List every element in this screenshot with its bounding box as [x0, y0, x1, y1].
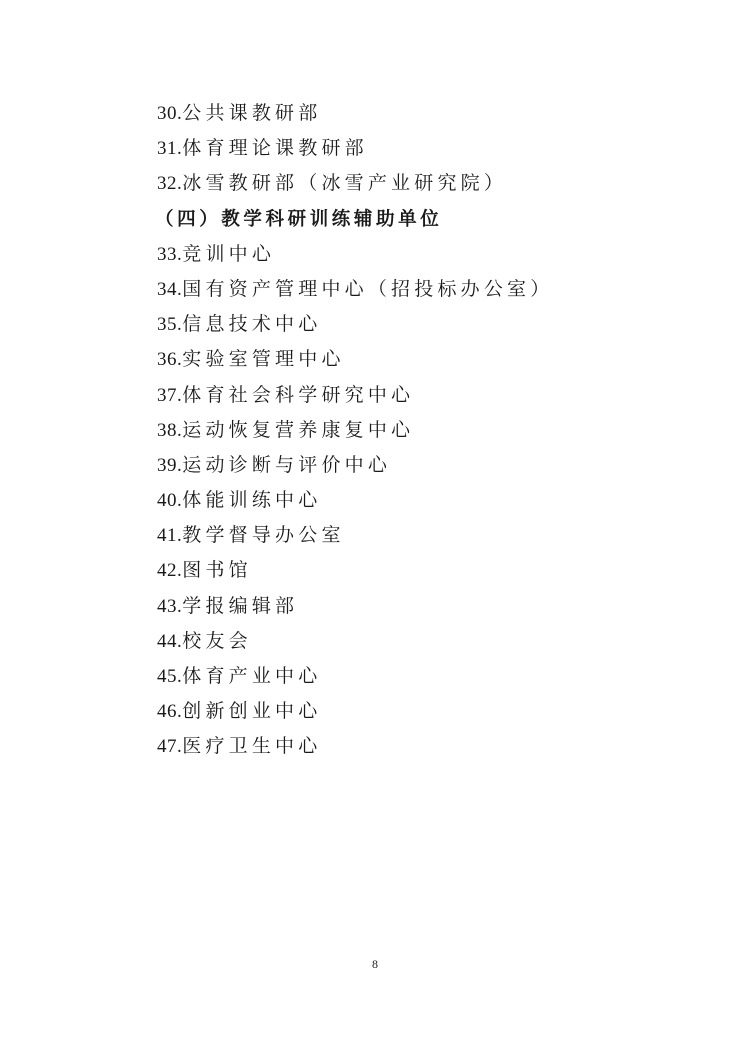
list-item: 35.信息技术中心	[157, 307, 553, 342]
item-number: 34.	[157, 279, 182, 300]
item-text: 实验室管理中心	[182, 348, 344, 370]
list-item: 34.国有资产管理中心（招投标办公室）	[157, 272, 553, 307]
list-item: 47.医疗卫生中心	[157, 729, 553, 764]
list-item: 33.竞训中心	[157, 237, 553, 272]
list-item: 32.冰雪教研部（冰雪产业研究院）	[157, 166, 553, 201]
item-number: 37.	[157, 385, 182, 406]
item-number: 39.	[157, 455, 182, 476]
item-text: 国有资产管理中心（招投标办公室）	[182, 278, 553, 300]
item-text: 教学督导办公室	[182, 524, 344, 546]
list-item: 45.体育产业中心	[157, 659, 553, 694]
item-text: 冰雪教研部（冰雪产业研究院）	[182, 172, 507, 194]
item-number: 38.	[157, 420, 182, 441]
item-text: 体育社会科学研究中心	[182, 384, 414, 406]
section-heading: （四）教学科研训练辅助单位	[155, 202, 553, 237]
item-number: 45.	[157, 666, 182, 687]
item-number: 36.	[157, 349, 182, 370]
item-text: 竞训中心	[182, 243, 275, 265]
list-item: 37.体育社会科学研究中心	[157, 378, 553, 413]
list-item: 42.图书馆	[157, 553, 553, 588]
item-text: 体能训练中心	[182, 489, 321, 511]
item-text: 体育理论课教研部	[182, 137, 368, 159]
item-number: 33.	[157, 244, 182, 265]
item-text: 图书馆	[182, 559, 252, 581]
list-item: 31.体育理论课教研部	[157, 131, 553, 166]
list-item: 30.公共课教研部	[157, 96, 553, 131]
item-number: 43.	[157, 596, 182, 617]
section-heading-text: （四）教学科研训练辅助单位	[155, 209, 442, 230]
list-item: 46.创新创业中心	[157, 694, 553, 729]
list-item: 38.运动恢复营养康复中心	[157, 413, 553, 448]
item-text: 校友会	[182, 630, 252, 652]
item-text: 创新创业中心	[182, 700, 321, 722]
list-item: 41.教学督导办公室	[157, 518, 553, 553]
item-text: 学报编辑部	[182, 595, 298, 617]
item-number: 41.	[157, 525, 182, 546]
list-item: 44.校友会	[157, 624, 553, 659]
item-text: 运动诊断与评价中心	[182, 454, 391, 476]
list-item: 36.实验室管理中心	[157, 342, 553, 377]
item-number: 47.	[157, 736, 182, 757]
item-text: 运动恢复营养康复中心	[182, 419, 414, 441]
item-number: 42.	[157, 560, 182, 581]
list-item: 39.运动诊断与评价中心	[157, 448, 553, 483]
document-page: 30.公共课教研部 31.体育理论课教研部 32.冰雪教研部（冰雪产业研究院） …	[0, 0, 750, 1061]
list-item: 43.学报编辑部	[157, 589, 553, 624]
item-number: 30.	[157, 103, 182, 124]
item-text: 信息技术中心	[182, 313, 321, 335]
item-number: 31.	[157, 138, 182, 159]
list-item: 40.体能训练中心	[157, 483, 553, 518]
item-number: 32.	[157, 173, 182, 194]
item-text: 医疗卫生中心	[182, 735, 321, 757]
unit-list: 30.公共课教研部 31.体育理论课教研部 32.冰雪教研部（冰雪产业研究院） …	[157, 96, 553, 765]
item-number: 44.	[157, 631, 182, 652]
item-number: 35.	[157, 314, 182, 335]
page-number: 8	[0, 957, 750, 972]
item-text: 体育产业中心	[182, 665, 321, 687]
item-number: 40.	[157, 490, 182, 511]
item-number: 46.	[157, 701, 182, 722]
item-text: 公共课教研部	[182, 102, 321, 124]
